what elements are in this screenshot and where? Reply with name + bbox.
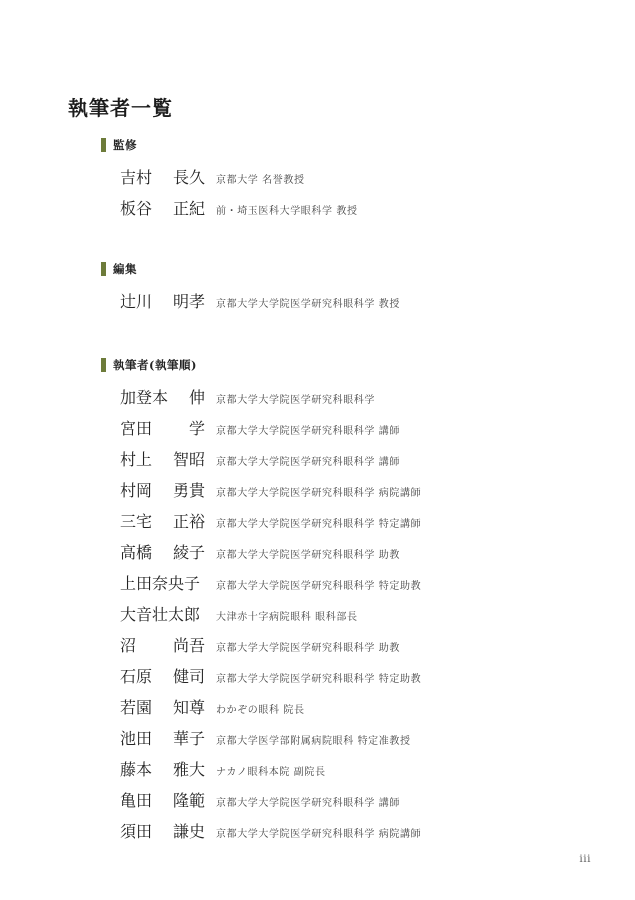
member-affiliation: 京都大学大学院医学研究科眼科学 病院講師 — [216, 487, 421, 501]
member-family-name: 大音壮太郎 — [120, 605, 200, 625]
member-row: 村上 智昭 京都大学大学院医学研究科眼科学 講師 — [120, 450, 615, 481]
member-row: 沼 尚吾 京都大学大学院医学研究科眼科学 助教 — [120, 636, 615, 667]
section-header: 執筆者(執筆順) — [101, 357, 615, 373]
member-row: 池田 華子 京都大学医学部附属病院眼科 特定准教授 — [120, 729, 615, 760]
author-section: 編集 辻川 明孝 京都大学大学院医学研究科眼科学 教授 — [101, 261, 615, 323]
member-given-name: 長久 — [173, 168, 205, 188]
member-name: 宮田 学 — [120, 419, 205, 439]
member-name: 高橋 綾子 — [120, 543, 205, 563]
member-family-name: 沼 — [120, 636, 136, 656]
member-list: 吉村 長久 京都大学 名誉教授 板谷 正紀 前・埼玉医科大学眼科学 教授 — [120, 168, 615, 230]
member-given-name: 華子 — [173, 729, 205, 749]
member-name: 池田 華子 — [120, 729, 205, 749]
member-row: 辻川 明孝 京都大学大学院医学研究科眼科学 教授 — [120, 292, 615, 323]
member-given-name: 尚吾 — [173, 636, 205, 656]
member-list: 辻川 明孝 京都大学大学院医学研究科眼科学 教授 — [120, 292, 615, 323]
section-label: 監修 — [113, 139, 137, 152]
member-given-name: 雅大 — [173, 760, 205, 780]
member-name: 大音壮太郎 — [120, 605, 205, 625]
section-marker-bar — [101, 262, 106, 276]
member-name: 村上 智昭 — [120, 450, 205, 470]
member-row: 石原 健司 京都大学大学院医学研究科眼科学 特定助教 — [120, 667, 615, 698]
member-affiliation: 京都大学大学院医学研究科眼科学 特定助教 — [216, 580, 421, 594]
member-family-name: 亀田 — [120, 791, 152, 811]
member-name: 三宅 正裕 — [120, 512, 205, 532]
member-given-name: 学 — [189, 419, 205, 439]
member-name: 須田 謙史 — [120, 822, 205, 842]
member-affiliation: 京都大学大学院医学研究科眼科学 講師 — [216, 456, 400, 470]
member-row: 加登本 伸 京都大学大学院医学研究科眼科学 — [120, 388, 615, 419]
member-given-name: 伸 — [189, 388, 205, 408]
author-section: 執筆者(執筆順) 加登本 伸 京都大学大学院医学研究科眼科学 宮田 学 京都大学… — [101, 357, 615, 853]
member-family-name: 村上 — [120, 450, 152, 470]
member-family-name: 池田 — [120, 729, 152, 749]
member-affiliation: 京都大学医学部附属病院眼科 特定准教授 — [216, 735, 411, 749]
member-name: 村岡 勇貴 — [120, 481, 205, 501]
member-affiliation: ナカノ眼科本院 副院長 — [216, 766, 326, 780]
member-row: 若園 知尊 わかぞの眼科 院長 — [120, 698, 615, 729]
member-name: 藤本 雅大 — [120, 760, 205, 780]
member-affiliation: 前・埼玉医科大学眼科学 教授 — [216, 205, 358, 219]
member-given-name: 正裕 — [173, 512, 205, 532]
member-family-name: 藤本 — [120, 760, 152, 780]
member-row: 村岡 勇貴 京都大学大学院医学研究科眼科学 病院講師 — [120, 481, 615, 512]
member-family-name: 辻川 — [120, 292, 152, 312]
member-affiliation: わかぞの眼科 院長 — [216, 704, 305, 718]
member-affiliation: 京都大学大学院医学研究科眼科学 講師 — [216, 425, 400, 439]
member-name: 若園 知尊 — [120, 698, 205, 718]
member-row: 板谷 正紀 前・埼玉医科大学眼科学 教授 — [120, 199, 615, 230]
section-label: 執筆者(執筆順) — [113, 359, 197, 372]
member-row: 宮田 学 京都大学大学院医学研究科眼科学 講師 — [120, 419, 615, 450]
member-row: 藤本 雅大 ナカノ眼科本院 副院長 — [120, 760, 615, 791]
member-row: 上田奈央子 京都大学大学院医学研究科眼科学 特定助教 — [120, 574, 615, 605]
section-label: 編集 — [113, 263, 137, 276]
member-row: 大音壮太郎 大津赤十字病院眼科 眼科部長 — [120, 605, 615, 636]
member-affiliation: 京都大学大学院医学研究科眼科学 助教 — [216, 549, 400, 563]
member-row: 須田 謙史 京都大学大学院医学研究科眼科学 病院講師 — [120, 822, 615, 853]
author-section: 監修 吉村 長久 京都大学 名誉教授 板谷 正紀 前・埼玉医科大学眼科学 教授 — [101, 137, 615, 230]
member-family-name: 村岡 — [120, 481, 152, 501]
member-family-name: 宮田 — [120, 419, 152, 439]
member-given-name: 勇貴 — [173, 481, 205, 501]
member-affiliation: 京都大学大学院医学研究科眼科学 — [216, 394, 375, 408]
section-header: 編集 — [101, 261, 615, 277]
member-name: 亀田 隆範 — [120, 791, 205, 811]
member-given-name: 健司 — [173, 667, 205, 687]
member-family-name: 板谷 — [120, 199, 152, 219]
member-family-name: 三宅 — [120, 512, 152, 532]
member-affiliation: 京都大学 名誉教授 — [216, 174, 305, 188]
member-family-name: 石原 — [120, 667, 152, 687]
page-number: iii — [579, 853, 591, 865]
member-row: 三宅 正裕 京都大学大学院医学研究科眼科学 特定講師 — [120, 512, 615, 543]
member-given-name: 謙史 — [173, 822, 205, 842]
member-name: 辻川 明孝 — [120, 292, 205, 312]
member-affiliation: 京都大学大学院医学研究科眼科学 助教 — [216, 642, 400, 656]
member-given-name: 智昭 — [173, 450, 205, 470]
member-given-name: 綾子 — [173, 543, 205, 563]
member-given-name: 明孝 — [173, 292, 205, 312]
member-name: 吉村 長久 — [120, 168, 205, 188]
member-family-name: 上田奈央子 — [120, 574, 200, 594]
section-marker-bar — [101, 138, 106, 152]
member-family-name: 吉村 — [120, 168, 152, 188]
member-row: 高橋 綾子 京都大学大学院医学研究科眼科学 助教 — [120, 543, 615, 574]
member-affiliation: 京都大学大学院医学研究科眼科学 病院講師 — [216, 828, 421, 842]
member-list: 加登本 伸 京都大学大学院医学研究科眼科学 宮田 学 京都大学大学院医学研究科眼… — [120, 388, 615, 853]
member-affiliation: 大津赤十字病院眼科 眼科部長 — [216, 611, 358, 625]
member-affiliation: 京都大学大学院医学研究科眼科学 教授 — [216, 298, 400, 312]
member-name: 板谷 正紀 — [120, 199, 205, 219]
member-name: 加登本 伸 — [120, 388, 205, 408]
member-family-name: 加登本 — [120, 388, 168, 408]
member-family-name: 若園 — [120, 698, 152, 718]
section-marker-bar — [101, 358, 106, 372]
member-family-name: 高橋 — [120, 543, 152, 563]
page-title: 執筆者一覧 — [68, 96, 173, 120]
member-given-name: 知尊 — [173, 698, 205, 718]
section-header: 監修 — [101, 137, 615, 153]
member-family-name: 須田 — [120, 822, 152, 842]
member-name: 沼 尚吾 — [120, 636, 205, 656]
member-name: 上田奈央子 — [120, 574, 205, 594]
member-row: 吉村 長久 京都大学 名誉教授 — [120, 168, 615, 199]
member-affiliation: 京都大学大学院医学研究科眼科学 講師 — [216, 797, 400, 811]
member-affiliation: 京都大学大学院医学研究科眼科学 特定講師 — [216, 518, 421, 532]
member-given-name: 隆範 — [173, 791, 205, 811]
member-affiliation: 京都大学大学院医学研究科眼科学 特定助教 — [216, 673, 421, 687]
member-name: 石原 健司 — [120, 667, 205, 687]
book-page: 執筆者一覧 監修 吉村 長久 京都大学 名誉教授 板谷 正紀 前・埼玉医科大学眼… — [0, 0, 635, 900]
member-given-name: 正紀 — [173, 199, 205, 219]
member-row: 亀田 隆範 京都大学大学院医学研究科眼科学 講師 — [120, 791, 615, 822]
